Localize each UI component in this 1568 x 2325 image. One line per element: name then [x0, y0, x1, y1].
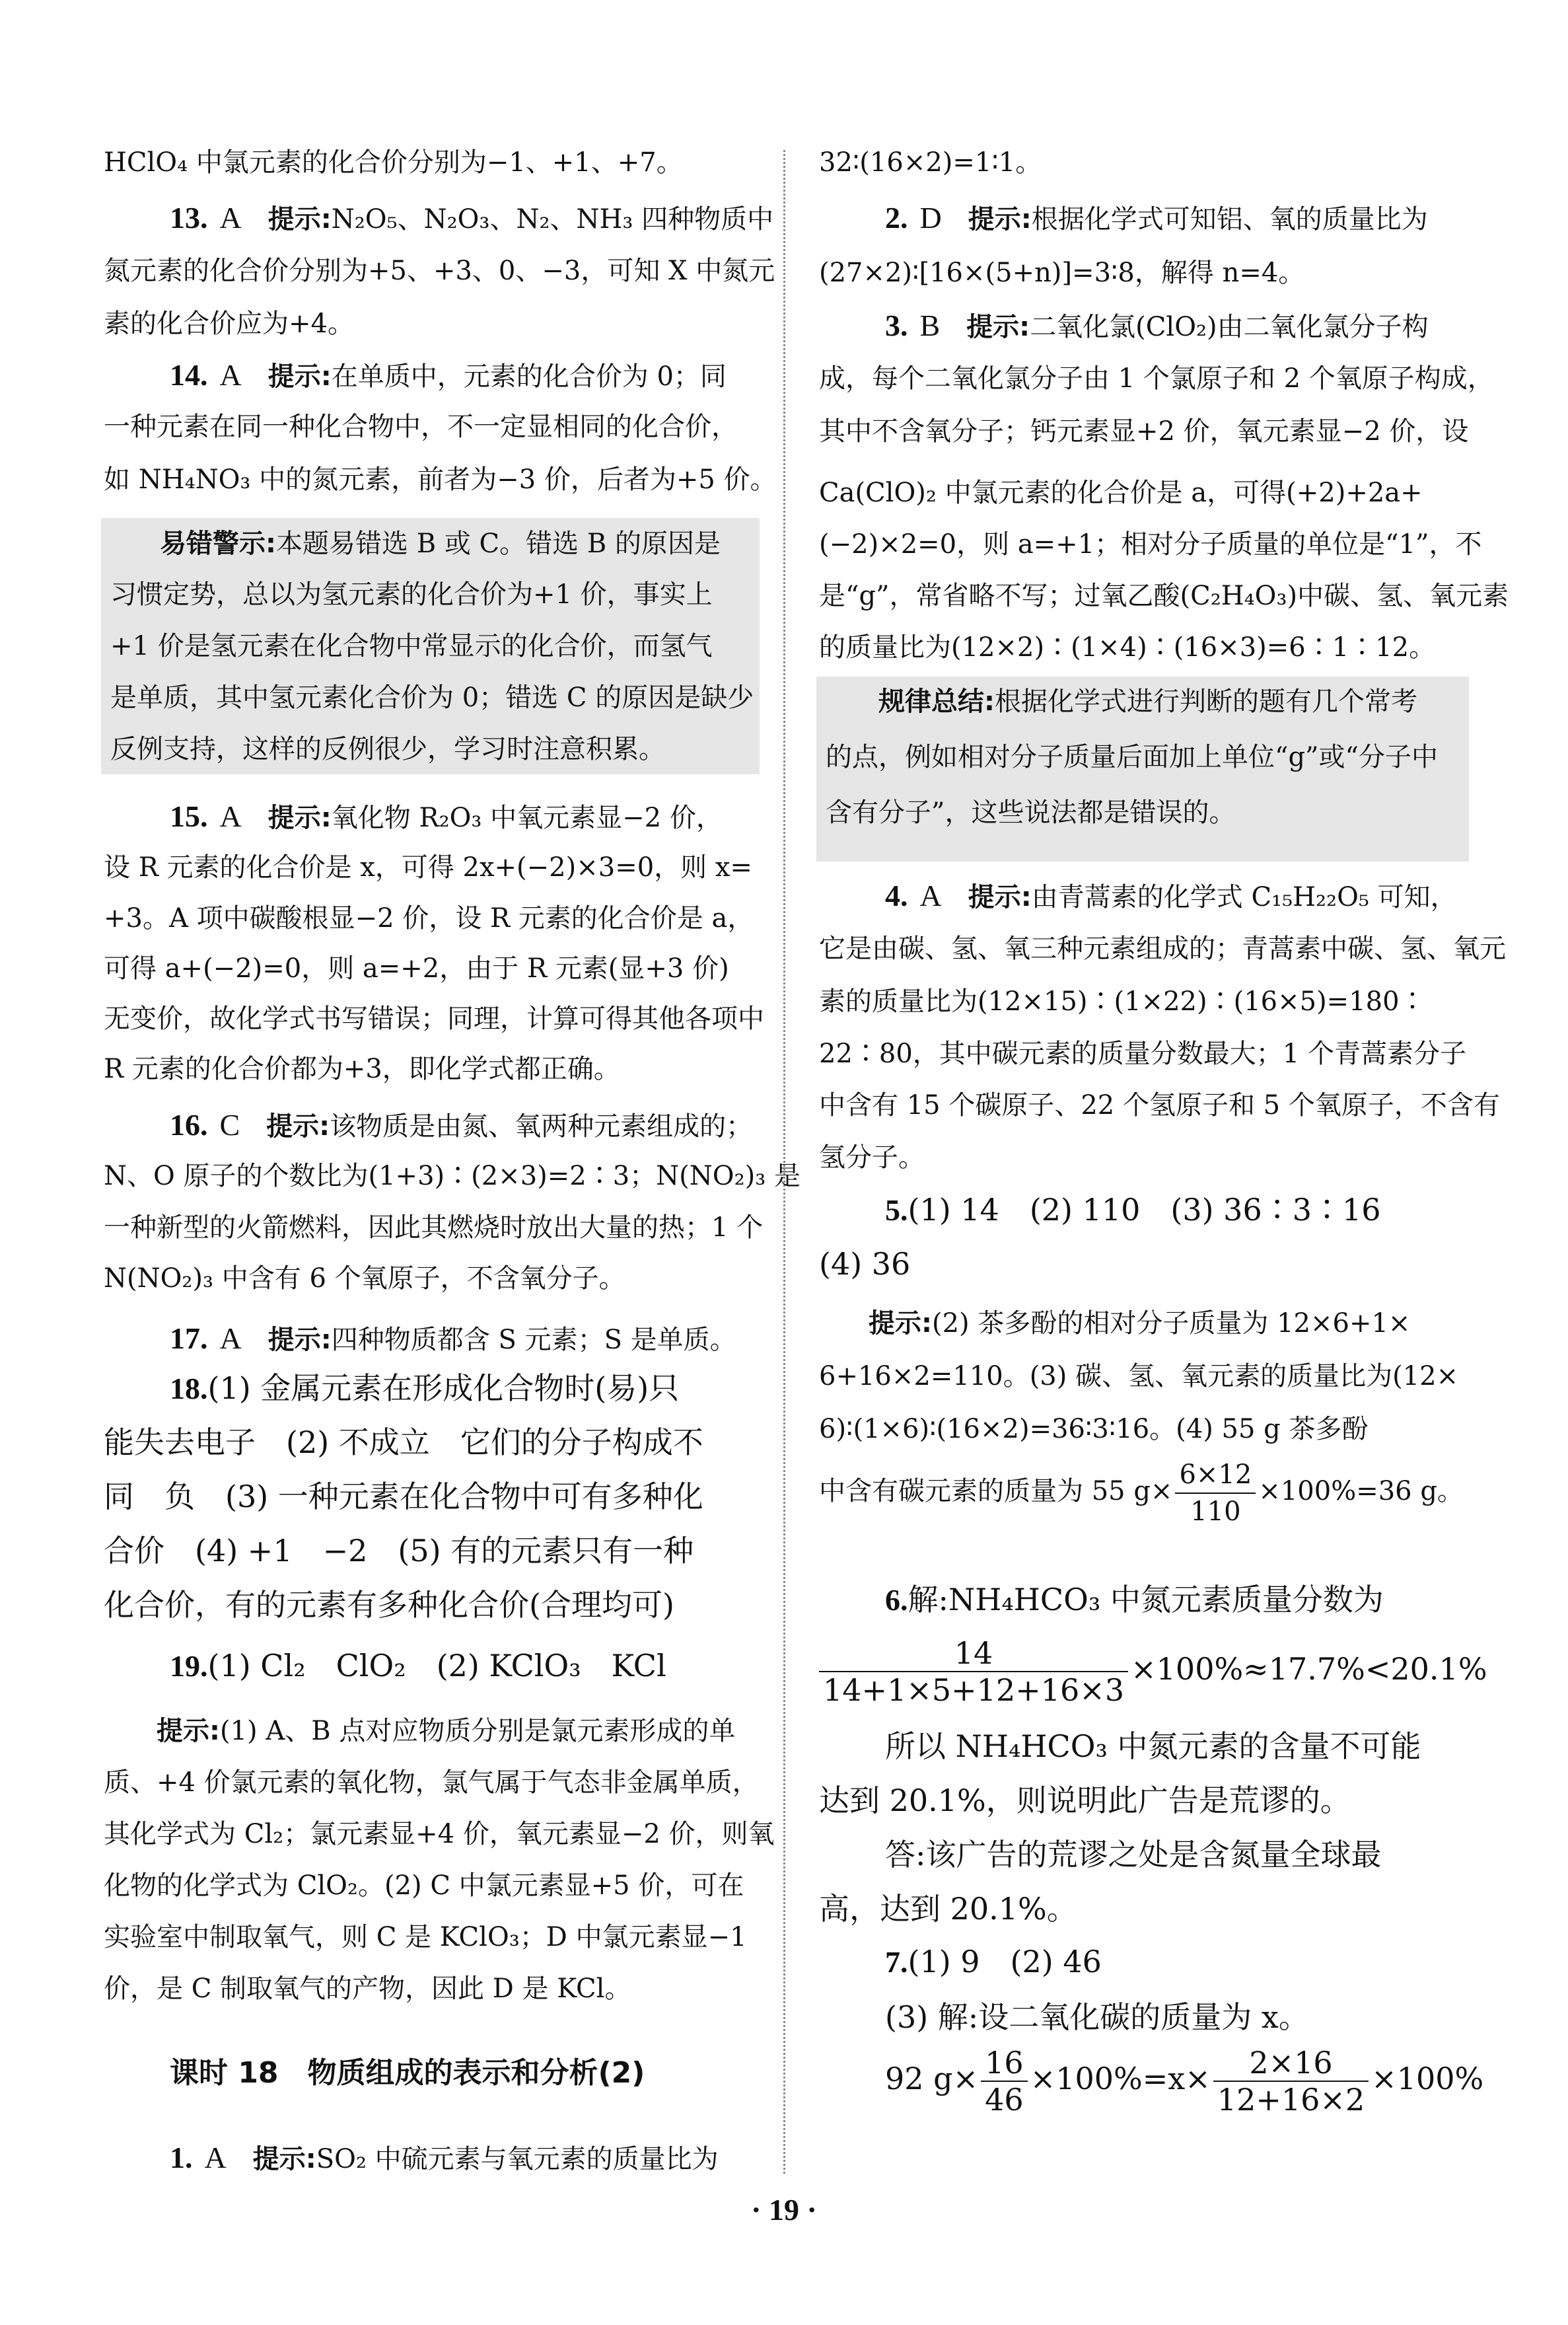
bullet-icon: · — [807, 2193, 817, 2227]
hint-label: 提示: — [268, 1325, 332, 1355]
text-line: 一种新型的火箭燃料，因此其燃烧时放出大量的热；1 个 — [104, 1209, 761, 1246]
warning-line: 是单质，其中氢元素化合价为 0；错选 C 的原因是缺少 — [110, 679, 767, 716]
text-line: 高，达到 20.1%。 — [819, 1888, 1473, 1929]
answer-1: 1.A提示:SO₂ 中硫元素与氧元素的质量比为 — [104, 2139, 761, 2178]
summary-text: 根据化学式进行判断的题有几个常考 — [995, 686, 1417, 717]
text-line: 素的质量比为(12×15)∶(1×22)∶(16×5)=180∶ — [819, 983, 1473, 1020]
answer-choice: C — [220, 1108, 240, 1142]
answer-choice: A — [220, 1321, 242, 1355]
question-number: 7. — [885, 1945, 908, 1979]
hint-label: 提示: — [253, 2144, 316, 2174]
text-line: N(NO₂)₃ 中含有 6 个氧原子，不含氧分子。 — [104, 1260, 761, 1297]
text-line: 成，每个二氧化氯分子由 1 个氯原子和 2 个氧原子构成， — [819, 360, 1473, 397]
hint-text: (1) A、B 点对应物质分别是氯元素形成的单 — [220, 1716, 735, 1746]
warning-line: 易错警示:本题易错选 B 或 C。错选 B 的原因是 — [110, 525, 754, 562]
text-line: 32∶(16×2)=1∶1。 — [819, 144, 1473, 181]
question-number: 1. — [170, 2141, 193, 2174]
text-line: 素的化合价应为+4。 — [104, 305, 761, 342]
text-line: 6+16×2=110。(3) 碳、氢、氧元素的质量比为(12× — [819, 1358, 1473, 1395]
answer-choice: A — [920, 879, 942, 912]
text-line: HClO₄ 中氯元素的化合价分别为−1、+1、+7。 — [104, 144, 761, 181]
text-line: 同 负 (3) 一种元素在化合物中可有多种化 — [104, 1476, 761, 1517]
text-line: 设 R 元素的化合价是 x，可得 2x+(−2)×3=0，则 x= — [104, 849, 761, 886]
question-number: 19. — [170, 1649, 208, 1683]
answer-choice: B — [920, 309, 941, 342]
answer-5: 5.(1) 14 (2) 110 (3) 36∶3∶16 — [819, 1189, 1473, 1231]
question-number: 16. — [170, 1108, 208, 1142]
text: 中含有碳元素的质量为 55 g× — [819, 1476, 1172, 1506]
answer-3: 3.B提示:二氧化氯(ClO₂)由二氧化氯分子构 — [819, 307, 1473, 346]
text-line: R 元素的化合价都为+3，即化学式都正确。 — [104, 1051, 761, 1088]
equation: 1414+1×5+12+16×3×100%≈17.7%<20.1% — [819, 1635, 1473, 1708]
fraction: 2×1612+16×2 — [1213, 2045, 1369, 2118]
hint-text: 该物质是由氮、氧两种元素组成的； — [330, 1111, 752, 1142]
answer-18: 18.(1) 金属元素在形成化合物时(易)只 — [104, 1368, 761, 1409]
denominator: 46 — [981, 2082, 1028, 2118]
text-line: 合价 (4) +1 −2 (5) 有的元素只有一种 — [104, 1530, 761, 1571]
numerator: 16 — [981, 2045, 1028, 2082]
text-line: 中含有 15 个碳原子、22 个氢原子和 5 个氧原子，不含有 — [819, 1087, 1473, 1124]
question-number: 17. — [170, 1321, 208, 1355]
text-line: (−2)×2=0，则 a=+1；相对分子质量的单位是“1”，不 — [819, 526, 1473, 563]
answer-13: 13.A提示:N₂O₅、N₂O₃、N₂、NH₃ 四种物质中 — [104, 200, 761, 238]
text-line: 达到 20.1%，则说明此广告是荒谬的。 — [819, 1780, 1473, 1821]
warning-text: 本题易错选 B 或 C。错选 B 的原因是 — [276, 529, 721, 559]
hint-fraction-line: 中含有碳元素的质量为 55 g×6×12110×100%=36 g。 — [819, 1457, 1473, 1530]
question-number: 13. — [170, 201, 208, 235]
text-line: 可得 a+(−2)=0，则 a=+2，由于 R 元素(显+3 价) — [104, 950, 761, 987]
page-number: · 19 · — [718, 2192, 850, 2227]
text-line: 它是由碳、氢、氧三种元素组成的；青蒿素中碳、氢、氧元 — [819, 930, 1473, 967]
answer-text: (1) Cl₂ ClO₂ (2) KClO₃ KCl — [208, 1648, 666, 1683]
text-line: (4) 36 — [819, 1243, 1473, 1284]
answer-6: 6.解:NH₄HCO₃ 中氮元素质量分数为 — [819, 1579, 1473, 1621]
text: ×100%≈17.7%<20.1% — [1131, 1651, 1487, 1687]
hint-text: 在单质中，元素的化合价为 0；同 — [332, 361, 727, 392]
summary-line: 含有分子”，这些说法都是错误的。 — [826, 794, 1479, 831]
question-number: 6. — [885, 1583, 908, 1617]
warning-line: 习惯定势，总以为氢元素的化合价为+1 价，事实上 — [110, 576, 767, 613]
hint-label: 提示: — [268, 803, 332, 833]
text-line: 22∶80，其中碳元素的质量分数最大；1 个青蒿素分子 — [819, 1035, 1473, 1072]
warning-line: 反例支持，这样的反例很少，学习时注意积累。 — [110, 731, 767, 768]
answer-text: (1) 14 (2) 110 (3) 36∶3∶16 — [908, 1192, 1381, 1228]
text-line: 其化学式为 Cl₂；氯元素显+4 价，氧元素显−2 价，则氧 — [104, 1816, 761, 1853]
page-number-value: 19 — [769, 2193, 799, 2227]
hint-text: 四种物质都含 S 元素；S 是单质。 — [332, 1325, 736, 1355]
text: ×100%=36 g。 — [1258, 1476, 1464, 1506]
fraction: 1414+1×5+12+16×3 — [819, 1635, 1128, 1708]
hint-line: 提示:(2) 茶多酚的相对分子质量为 12×6+1× — [819, 1305, 1473, 1342]
answer-16: 16.C提示:该物质是由氮、氧两种元素组成的； — [104, 1107, 761, 1145]
hint-text: N₂O₅、N₂O₃、N₂、NH₃ 四种物质中 — [332, 204, 773, 235]
text-line: 氮元素的化合价分别为+5、+3、0、−3，可知 X 中氮元 — [104, 252, 761, 289]
denominator: 12+16×2 — [1213, 2082, 1369, 2118]
text: 92 g× — [885, 2061, 978, 2096]
text-line: +3。A 项中碳酸根显−2 价，设 R 元素的化合价是 a， — [104, 900, 761, 937]
text-line: 是“g”，常省略不写；过氧乙酸(C₂H₄O₃)中碳、氢、氧元素 — [819, 577, 1473, 614]
answer-choice: A — [220, 799, 242, 833]
text-line: 答:该广告的荒谬之处是含氮量全球最 — [819, 1834, 1473, 1875]
hint-label: 提示: — [966, 312, 1030, 342]
question-number: 18. — [170, 1372, 208, 1405]
hint-label: 提示: — [157, 1716, 220, 1746]
answer-text: 解:NH₄HCO₃ 中氮元素质量分数为 — [908, 1582, 1384, 1617]
text-line: Ca(ClO)₂ 中氯元素的化合价是 a，可得(+2)+2a+ — [819, 474, 1473, 511]
hint-text: SO₂ 中硫元素与氧元素的质量比为 — [316, 2144, 719, 2174]
equation: 92 g×1646×100%=x×2×1612+16×2×100% — [819, 2045, 1473, 2118]
answer-2: 2.D提示:根据化学式可知铝、氧的质量比为 — [819, 200, 1473, 238]
text: ×100%=x× — [1030, 2061, 1211, 2096]
summary-line: 的点，例如相对分子质量后面加上单位“g”或“分子中 — [826, 739, 1479, 776]
numerator: 14 — [819, 1635, 1128, 1672]
answer-text: (1) 金属元素在形成化合物时(易)只 — [208, 1370, 680, 1406]
question-number: 2. — [885, 201, 908, 235]
hint-text: 根据化学式可知铝、氧的质量比为 — [1032, 204, 1428, 235]
answer-choice: D — [920, 201, 942, 235]
text-line: 其中不含氧分子；钙元素显+2 价，氧元素显−2 价，设 — [819, 413, 1473, 450]
text-line: 一种元素在同一种化合物中，不一定显相同的化合价， — [104, 408, 761, 445]
question-number: 5. — [885, 1193, 908, 1227]
hint-label: 提示: — [968, 882, 1032, 912]
text-line: 化合价，有的元素有多种化合价(合理均可) — [104, 1584, 761, 1625]
fraction: 6×12110 — [1175, 1457, 1256, 1530]
answer-text: (1) 9 (2) 46 — [908, 1944, 1102, 1979]
lesson-title: 课时 18 物质组成的表示和分析(2) — [104, 2055, 761, 2092]
summary-label: 规律总结: — [878, 686, 995, 717]
answer-17: 17.A提示:四种物质都含 S 元素；S 是单质。 — [104, 1320, 761, 1358]
text-line: 氢分子。 — [819, 1139, 1473, 1176]
text-line: (27×2)∶[16×(5+n)]=3∶8，解得 n=4。 — [819, 254, 1473, 291]
numerator: 6×12 — [1175, 1457, 1256, 1494]
answer-14: 14.A提示:在单质中，元素的化合价为 0；同 — [104, 357, 761, 395]
answer-7: 7.(1) 9 (2) 46 — [819, 1941, 1473, 1983]
text-line: 6)∶(1×6)∶(16×2)=36∶3∶16。(4) 55 g 茶多酚 — [819, 1411, 1473, 1448]
answer-choice: A — [220, 358, 242, 392]
hint-text: 氧化物 R₂O₃ 中氧元素显−2 价， — [332, 803, 723, 833]
hint-text: 二氧化氯(ClO₂)由二氧化氯分子构 — [1030, 312, 1428, 342]
hint-text: 由青蒿素的化学式 C₁₅H₂₂O₅ 可知， — [1032, 882, 1457, 912]
hint-line: 提示:(1) A、B 点对应物质分别是氯元素形成的单 — [104, 1713, 761, 1750]
warning-line: +1 价是氢元素在化合物中常显示的化合价，而氢气 — [110, 628, 767, 665]
answer-19: 19.(1) Cl₂ ClO₂ (2) KClO₃ KCl — [104, 1645, 761, 1687]
fraction: 1646 — [981, 2045, 1028, 2118]
numerator: 2×16 — [1213, 2045, 1369, 2082]
answer-4: 4.A提示:由青蒿素的化学式 C₁₅H₂₂O₅ 可知， — [819, 877, 1473, 916]
hint-label: 提示: — [869, 1308, 932, 1339]
hint-text: (2) 茶多酚的相对分子质量为 12×6+1× — [932, 1308, 1410, 1339]
text-line: 价，是 C 制取氧气的产物，因此 D 是 KCl。 — [104, 1970, 761, 2007]
text-line: 质、+4 价氯元素的氧化物，氯气属于气态非金属单质， — [104, 1764, 761, 1801]
text-line: 能失去电子 (2) 不成立 它们的分子构成不 — [104, 1422, 761, 1463]
text-line: N、O 原子的个数比为(1+3)∶(2×3)=2∶3；N(NO₂)₃ 是 — [104, 1158, 761, 1195]
text-line: 的质量比为(12×2)∶(1×4)∶(16×3)=6∶1∶12。 — [819, 629, 1473, 666]
text-line: 化物的化学式为 ClO₂。(2) C 中氯元素显+5 价，可在 — [104, 1867, 761, 1904]
answer-15: 15.A提示:氧化物 R₂O₃ 中氧元素显−2 价， — [104, 798, 761, 836]
answer-choice: A — [220, 201, 242, 235]
denominator: 14+1×5+12+16×3 — [819, 1672, 1128, 1708]
hint-label: 提示: — [968, 204, 1032, 235]
bullet-icon: · — [751, 2193, 761, 2227]
hint-label: 提示: — [268, 204, 332, 235]
question-number: 14. — [170, 358, 208, 392]
question-number: 4. — [885, 879, 908, 912]
summary-line: 规律总结:根据化学式进行判断的题有几个常考 — [826, 683, 1466, 720]
text: ×100% — [1371, 2061, 1483, 2096]
denominator: 110 — [1175, 1494, 1256, 1530]
answer-choice: A — [205, 2141, 227, 2174]
hint-label: 提示: — [268, 361, 332, 392]
question-number: 3. — [885, 309, 908, 342]
text-line: 无变价，故化学式书写错误；同理，计算可得其他各项中 — [104, 1000, 761, 1037]
hint-label: 提示: — [266, 1111, 330, 1142]
warning-label: 易错警示: — [160, 529, 276, 559]
text-line: 实验室中制取氧气，则 C 是 KClO₃；D 中氯元素显−1 — [104, 1919, 761, 1956]
text-line: 所以 NH₄HCO₃ 中氮元素的含量不可能 — [819, 1726, 1473, 1767]
text-line: (3) 解:设二氧化碳的质量为 x。 — [819, 1997, 1473, 2038]
text-line: 如 NH₄NO₃ 中的氮元素，前者为−3 价，后者为+5 价。 — [104, 461, 761, 498]
question-number: 15. — [170, 799, 208, 833]
